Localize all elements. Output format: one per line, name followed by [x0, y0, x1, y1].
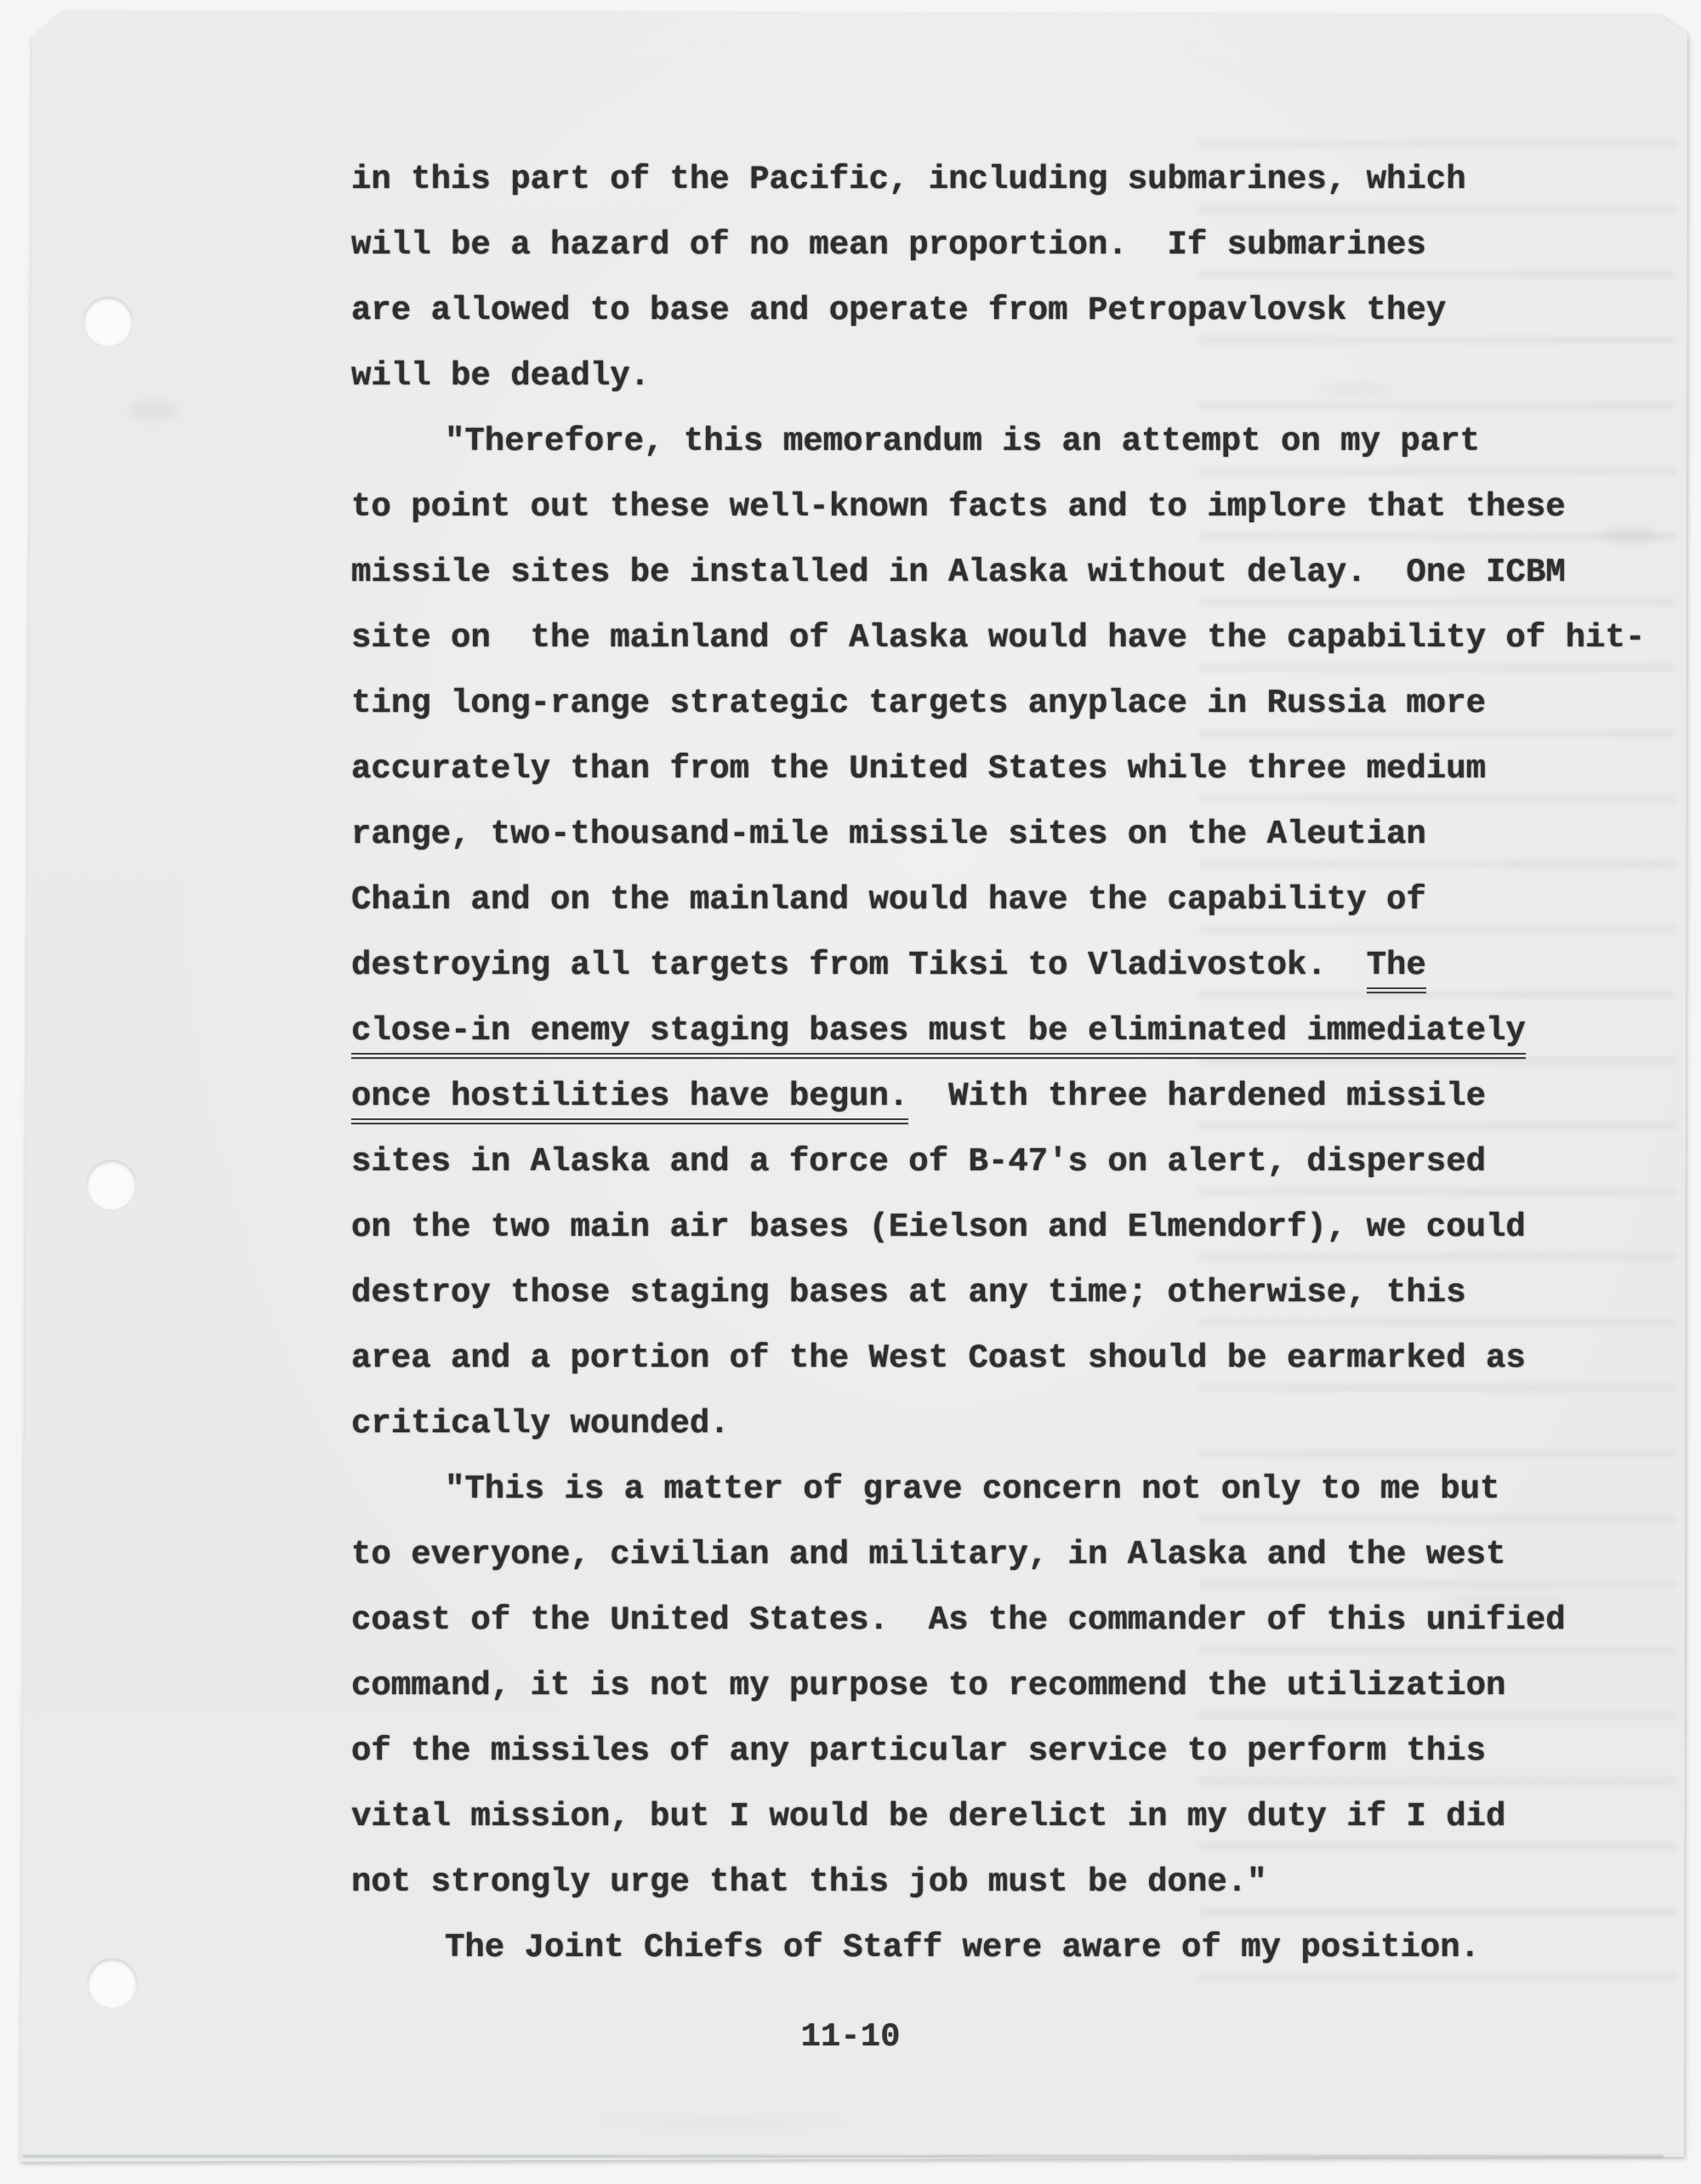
document-line: command, it is not my purpose to recomme… — [351, 1653, 1645, 1719]
text-segment: not strongly urge that this job must be … — [351, 1863, 1267, 1901]
text-segment: destroying all targets from Tiksi to Vla… — [351, 947, 1367, 984]
text-segment: command, it is not my purpose to recomme… — [351, 1667, 1505, 1704]
paper-bottom-edge — [22, 2155, 1664, 2158]
document-line: site on the mainland of Alaska would hav… — [351, 606, 1645, 671]
document-line: Chain and on the mainland would have the… — [351, 867, 1645, 933]
underlined-text: The — [1367, 947, 1426, 993]
document-line: ting long-range strategic targets anypla… — [351, 671, 1645, 737]
document-line: close-in enemy staging bases must be eli… — [351, 998, 1645, 1064]
text-segment: are allowed to base and operate from Pet… — [351, 292, 1446, 329]
text-segment: destroy those staging bases at any time;… — [351, 1274, 1466, 1311]
document-body: in this part of the Pacific, including s… — [351, 147, 1645, 1981]
document-line: vital mission, but I would be derelict i… — [351, 1784, 1645, 1850]
text-segment: site on the mainland of Alaska would hav… — [351, 619, 1645, 657]
document-line: are allowed to base and operate from Pet… — [351, 278, 1645, 344]
document-line: destroying all targets from Tiksi to Vla… — [351, 933, 1645, 998]
document-line: sites in Alaska and a force of B-47's on… — [351, 1129, 1645, 1195]
text-segment: ting long-range strategic targets anypla… — [351, 685, 1486, 722]
scanned-memo-page: { "document": { "type": "typewritten mem… — [0, 0, 1701, 2184]
document-line: in this part of the Pacific, including s… — [351, 147, 1645, 213]
text-segment: Chain and on the mainland would have the… — [351, 881, 1426, 919]
document-line: destroy those staging bases at any time;… — [351, 1260, 1645, 1326]
document-line: not strongly urge that this job must be … — [351, 1850, 1645, 1915]
text-segment: of the missiles of any particular servic… — [351, 1732, 1486, 1770]
underlined-text: close-in enemy staging bases must be eli… — [351, 1012, 1526, 1059]
document-line: of the missiles of any particular servic… — [351, 1719, 1645, 1784]
document-line: coast of the United States. As the comma… — [351, 1588, 1645, 1653]
document-line: "This is a matter of grave concern not o… — [351, 1457, 1645, 1522]
punch-hole-middle — [87, 1160, 136, 1209]
text-segment: missile sites be installed in Alaska wit… — [351, 554, 1566, 591]
text-segment: range, two-thousand-mile missile sites o… — [351, 816, 1426, 853]
text-segment: area and a portion of the West Coast sho… — [351, 1339, 1526, 1377]
document-line: missile sites be installed in Alaska wit… — [351, 540, 1645, 606]
document-line: The Joint Chiefs of Staff were aware of … — [351, 1915, 1645, 1981]
punch-hole-top — [83, 297, 133, 346]
text-segment: to everyone, civilian and military, in A… — [351, 1536, 1505, 1573]
document-line: on the two main air bases (Eielson and E… — [351, 1195, 1645, 1260]
document-line: to point out these well-known facts and … — [351, 475, 1645, 540]
document-line: will be deadly. — [351, 344, 1645, 409]
text-segment: will be a hazard of no mean proportion. … — [351, 226, 1426, 264]
text-segment: sites in Alaska and a force of B-47's on… — [351, 1143, 1486, 1180]
document-line: once hostilities have begun. With three … — [351, 1064, 1645, 1129]
page-number: 11-10 — [0, 2017, 1701, 2057]
text-segment: coast of the United States. As the comma… — [351, 1601, 1566, 1639]
document-line: to everyone, civilian and military, in A… — [351, 1522, 1645, 1588]
text-segment: to point out these well-known facts and … — [351, 488, 1566, 526]
punch-hole-bottom — [88, 1959, 137, 2008]
text-segment: The Joint Chiefs of Staff were aware of … — [445, 1929, 1480, 1966]
text-segment: vital mission, but I would be derelict i… — [351, 1798, 1505, 1835]
document-line: will be a hazard of no mean proportion. … — [351, 213, 1645, 278]
document-line: area and a portion of the West Coast sho… — [351, 1326, 1645, 1391]
text-segment: will be deadly. — [351, 357, 650, 395]
document-line: accurately than from the United States w… — [351, 737, 1645, 802]
text-segment: "This is a matter of grave concern not o… — [445, 1470, 1499, 1508]
text-segment: in this part of the Pacific, including s… — [351, 161, 1466, 198]
document-line: critically wounded. — [351, 1391, 1645, 1457]
text-segment: on the two main air bases (Eielson and E… — [351, 1209, 1526, 1246]
text-segment: "Therefore, this memorandum is an attemp… — [445, 423, 1480, 460]
underlined-text: once hostilities have begun. — [351, 1078, 908, 1124]
text-segment: critically wounded. — [351, 1405, 730, 1442]
text-segment: With three hardened missile — [908, 1078, 1486, 1115]
document-line: range, two-thousand-mile missile sites o… — [351, 802, 1645, 867]
text-segment: accurately than from the United States w… — [351, 750, 1486, 788]
document-line: "Therefore, this memorandum is an attemp… — [351, 409, 1645, 475]
